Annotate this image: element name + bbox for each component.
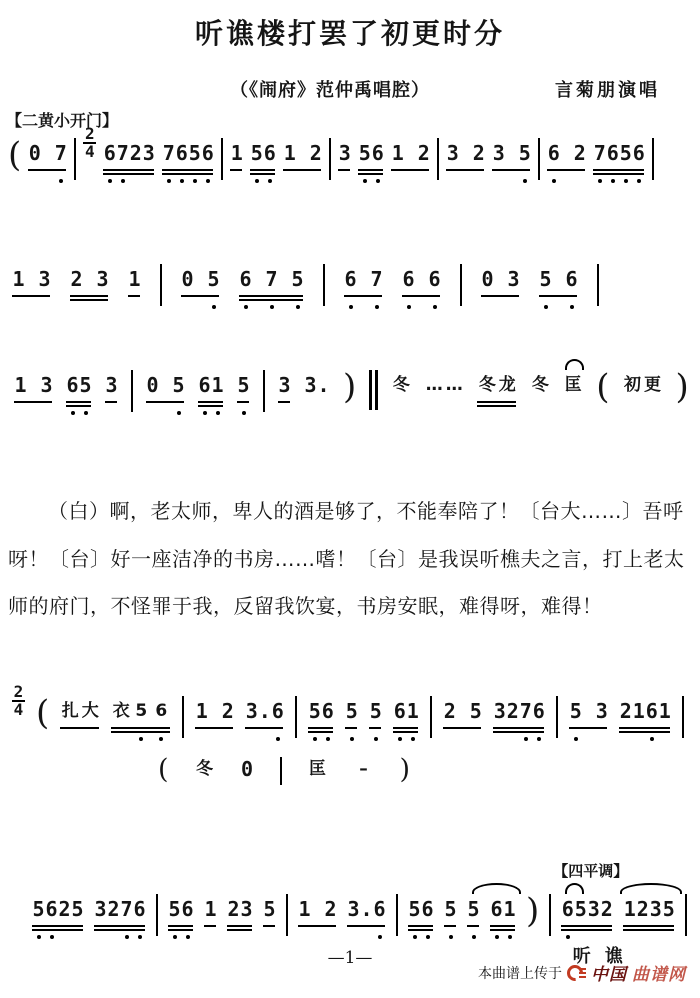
note-char: 6 [371,140,384,166]
double-barline [369,370,378,410]
note-column: 7 [120,896,133,940]
beam-line [308,731,333,733]
note-char: 7 [54,140,67,166]
performer-credit: 言菊朋演唱 [555,76,660,102]
note-char: 初 [623,372,643,398]
note-column: 6 [428,266,441,310]
note-char: 更 [643,372,663,398]
octave-dot [142,178,155,184]
note-column: 5 [172,372,185,416]
note-column: 2 [600,896,613,940]
beam-line [593,169,644,171]
beam-line [408,925,433,927]
note-char: 3 [492,140,505,166]
note-char: . [259,698,271,724]
note-char: 3 [94,896,107,922]
music-line-4: 24(扎大衣561 23.65655612 532765 32161 [12,698,684,742]
note-group: 56 [358,140,384,184]
octave-dot [239,304,252,310]
note-char [583,698,595,724]
note-column: 3 [338,140,351,184]
note-column: 2 [619,698,632,742]
note-char: 5 [168,896,181,922]
spoken-dialogue: （白）啊，老太师，卑人的酒是够了，不能奉陪了！〔台大……〕吾呼呀！〔台〕好一座洁… [8,488,694,631]
note-column: 1 [632,698,645,742]
note-column: 5 [358,140,371,184]
beam-line [619,727,670,729]
beam-line [547,169,585,171]
octave-dot [227,934,240,940]
parenthesis: ) [526,893,539,929]
note-group: 3 2 [446,140,485,184]
note-column: 0 [241,756,254,800]
octave-dot [298,934,311,940]
note-char [494,266,506,292]
note-column: 5 [71,896,84,940]
note-group: 56 [168,896,194,940]
octave-dot [201,178,214,184]
note-group: 冬龙 [477,372,517,416]
barline [685,894,687,936]
note-column: – [354,756,374,800]
barline [286,894,288,936]
octave-dot [168,934,181,940]
note-char: 2 [417,140,430,166]
note-group: 5 [345,698,358,742]
note-group: 1235 [623,896,675,940]
note-char: 3 [245,698,258,724]
note-group: 1 2 [298,896,337,940]
octave-dot [105,410,118,416]
note-group: 0 5 [146,372,185,416]
note-char: 7 [593,140,606,166]
note-char: 5 [79,372,92,398]
octave-dot [481,410,494,416]
octave-dot [646,410,659,416]
note-column [41,140,54,184]
octave-dot [84,736,97,742]
barline [156,894,158,936]
note-char: 1 [204,896,217,922]
octave-dot [467,934,480,940]
beam-line [94,929,145,931]
note-group: 1 2 [283,140,322,184]
note-column: 6 [393,698,406,742]
note-column: 3 [38,266,51,310]
note-column: 6 [532,698,545,742]
octave-dot [54,178,67,184]
note-char: 3 [240,896,253,922]
note-column: 3 [507,266,520,310]
octave-dot [519,736,532,742]
octave-dot [263,178,276,184]
note-char: 5 [345,698,358,724]
octave-dot [534,410,547,416]
barline [682,696,684,738]
beam-line [593,173,644,175]
note-char: 6 [632,140,645,166]
octave-dot [393,736,406,742]
note-column: 5 [408,896,421,940]
note-group: 65 [66,372,92,416]
note-column: 2 [472,140,485,184]
note-column: 5 [168,896,181,940]
note-char: 5 [569,698,582,724]
note-char: 5 [32,896,45,922]
note-char: 3 [587,896,600,922]
beam-line [446,169,484,171]
note-column: 5 [308,698,321,742]
octave-dot [404,178,417,184]
note-char: 3 [278,372,291,398]
octave-dot [408,934,421,940]
note-column: 5 [369,698,382,742]
octave-dot [636,934,649,940]
note-char: 6 [271,698,284,724]
watermark-site-name-part1: 中国 [591,960,627,985]
parenthesis: ) [343,369,356,405]
octave-dot [539,304,552,310]
beam-line [393,727,418,729]
note-char: 6 [263,140,276,166]
note-char: 1 [623,896,636,922]
beam-line [444,925,456,927]
watermark-text: 本曲谱上传于 [478,963,562,983]
note-char: – [354,756,374,782]
note-group: 5 [467,896,480,940]
octave-dot [505,178,518,184]
note-column: 6 [490,896,503,940]
parenthesis: ( [36,695,49,731]
barline [430,696,432,738]
note-group: 匡 [563,372,583,416]
barline [437,138,439,180]
beam-line [623,925,674,927]
barline [549,894,551,936]
octave-dot [66,410,79,416]
beam-line [481,295,519,297]
note-column [208,698,221,742]
note-char: 3 [40,372,53,398]
octave-dot [230,178,243,184]
note-group: 3 [278,372,291,416]
note-column: 5 [619,140,632,184]
note-column: 大 [80,698,100,742]
beam-line [66,401,91,403]
beam-line [66,405,91,407]
octave-dot [263,934,276,940]
note-char: 5 [250,140,263,166]
octave-dot [94,934,107,940]
beam-line [298,925,336,927]
note-column: 2 [221,698,234,742]
octave-dot [221,736,234,742]
octave-dot [507,304,520,310]
note-char: 5 [207,266,220,292]
note-char: 5 [467,896,480,922]
beam-line [198,405,223,407]
slur-arc [472,883,521,894]
music-line-4-percussion-row: (冬0匡–) [158,756,410,800]
note-char: 3 [304,372,317,398]
note-char: 3 [38,266,51,292]
beam-line [477,405,516,407]
octave-dot [443,736,456,742]
note-char: 1 [632,698,645,724]
beam-line [308,727,333,729]
note-column: 6 [151,698,171,742]
octave-dot [311,934,324,940]
note-column: 更 [643,372,663,416]
barline [131,370,133,412]
beam-line [168,929,193,931]
octave-dot [38,304,51,310]
note-column: 龙 [497,372,517,416]
beam-line [230,169,242,171]
barline [652,138,654,180]
note-column: 6 [402,266,415,310]
note-group: 0 7 [28,140,67,184]
octave-dot [159,410,172,416]
note-column: 2 [107,896,120,940]
octave-dot [547,178,560,184]
note-char: 6 [133,896,146,922]
note-char: 0 [28,140,41,166]
barline [538,138,540,180]
note-column: 2 [58,896,71,940]
note-column: 0 [146,372,159,416]
octave-dot [324,934,337,940]
fermata-arc [565,883,584,894]
beam-line [358,169,383,171]
note-char: 2 [636,896,649,922]
beam-line [358,173,383,175]
note-char: 6 [181,896,194,922]
note-char: 6 [606,140,619,166]
octave-dot [632,178,645,184]
note-group: 5625 [32,896,84,940]
beam-line [227,929,252,931]
octave-dot [58,934,71,940]
octave-dot [250,178,263,184]
note-column: 6 [371,140,384,184]
parenthesis: ( [158,754,169,785]
octave-dot [188,178,201,184]
octave-dot [587,934,600,940]
note-group: 1 [128,266,141,310]
beam-line [237,401,249,403]
octave-dot [309,178,322,184]
octave-dot [619,736,632,742]
note-column: 2 [227,896,240,940]
note-column: 7 [162,140,175,184]
note-column: 5 [444,896,457,940]
note-group: 23 [227,896,253,940]
octave-dot [574,934,587,940]
note-column: 1 [406,698,419,742]
octave-dot [155,736,168,742]
note-group: 扎大 [60,698,100,742]
note-char [460,140,472,166]
octave-dot [360,934,373,940]
note-column: 3 [446,140,459,184]
beam-line [28,169,66,171]
beam-line [561,929,612,931]
beam-line [239,299,303,301]
note-column: 5 [263,896,276,940]
beam-line [443,727,481,729]
note-char: 1 [14,372,27,398]
note-char: 匡 [308,756,328,782]
beam-line [391,169,429,171]
note-char: 大 [80,698,100,724]
note-column: 冬 [530,372,550,416]
note-group: 6723 [103,140,155,184]
octave-dot [265,304,278,310]
qupu-site-logo-icon [564,961,587,984]
note-group: 56 [408,896,434,940]
octave-dot [162,178,175,184]
note-column: 1 [391,140,404,184]
note-char: 6 [421,896,434,922]
note-column: 6 [632,140,645,184]
note-char: 7 [265,266,278,292]
octave-dot [490,934,503,940]
octave-dot [503,934,516,940]
banqiang-label-erhuang-xiaokaimen: 【二黄小开门】 [6,108,118,131]
octave-dot [469,736,482,742]
note-char: 6 [344,266,357,292]
banqiang-label-sipingdiao: 【四平调】 [553,860,628,881]
note-char: 5 [518,140,531,166]
note-column: 3 [40,372,53,416]
barline [396,894,398,936]
note-char [297,140,309,166]
note-column: 5 [291,266,304,310]
note-column: 6 [547,140,560,184]
note-char: 1 [12,266,25,292]
watermark-site-name-part2: 曲谱网 [632,960,686,985]
note-group: 衣56 [111,698,171,742]
beam-line [278,401,290,403]
note-column [159,372,172,416]
music-line-1: (0 724672376561561 23561 23 23 56 27656 [8,140,654,184]
beam-line [477,401,516,403]
note-char: 6 [198,372,211,398]
note-column: 3 [492,140,505,184]
note-char: 6 [561,896,574,922]
score-title: 听谯楼打罢了初更时分 [0,12,700,52]
note-group: 5 3 [569,698,608,742]
note-column: 1 [12,266,25,310]
octave-dot [347,934,360,940]
note-char [252,266,264,292]
note-column: 5 [539,266,552,310]
note-column: 5 [574,896,587,940]
note-column: 7 [519,698,532,742]
note-char: 5 [71,896,84,922]
note-char [415,266,427,292]
beam-line [619,731,670,733]
octave-dot [658,736,671,742]
octave-dot [258,736,271,742]
note-column: 2 [443,698,456,742]
octave-dot [569,736,582,742]
octave-dot [338,178,351,184]
beam-line [60,727,99,729]
time-signature: 24 [12,685,25,717]
note-column: … [424,372,444,416]
score-source: （《闹府》范仲禹唱腔） [230,76,430,102]
note-char: 6 [239,266,252,292]
note-column: 6 [181,896,194,940]
note-column: 3 [96,266,109,310]
octave-dot [421,934,434,940]
beam-line [338,169,350,171]
note-group: 1 2 [195,698,234,742]
note-char: 0 [146,372,159,398]
note-column: 6 [239,266,252,310]
note-column: 5 [79,372,92,416]
note-column: 5 [32,896,45,940]
octave-dot [532,736,545,742]
note-char [209,698,221,724]
note-char: 6 [321,698,334,724]
barline [329,138,331,180]
note-column: 衣 [111,698,131,742]
note-column: 6 [421,896,434,940]
barline [221,138,223,180]
note-char [405,140,417,166]
note-column: 2 [70,266,83,310]
octave-dot [198,794,211,800]
note-char: 1 [230,140,243,166]
beam-line [111,731,170,733]
octave-dot [245,736,258,742]
note-char [27,372,39,398]
octave-dot [128,304,141,310]
note-column: 1 [658,698,671,742]
note-group: 0 [241,756,254,800]
note-column: 5 [469,698,482,742]
octave-dot [71,934,84,940]
barline [323,264,325,306]
note-group: 6 7 [344,266,383,310]
note-column: 6 [373,896,386,940]
note-column [296,140,309,184]
note-group: 2 5 [443,698,482,742]
note-column: 1 [195,698,208,742]
note-group: 冬 [530,372,550,416]
watermark: 本曲谱上传于 中国 曲谱网 [478,960,686,985]
note-column [582,698,595,742]
note-char: 1 [658,698,671,724]
octave-dot [115,736,128,742]
note-group: 2161 [619,698,671,742]
note-group: 6 2 [547,140,586,184]
note-column: 2 [324,896,337,940]
octave-dot [406,736,419,742]
beam-line [263,925,275,927]
octave-dot [194,304,207,310]
note-column: 6 [263,140,276,184]
note-column: 3 [649,896,662,940]
beam-line [344,295,382,297]
note-column: 5 [237,372,250,416]
octave-dot [344,304,357,310]
note-column: 1 [211,372,224,416]
note-column: 5 [569,698,582,742]
